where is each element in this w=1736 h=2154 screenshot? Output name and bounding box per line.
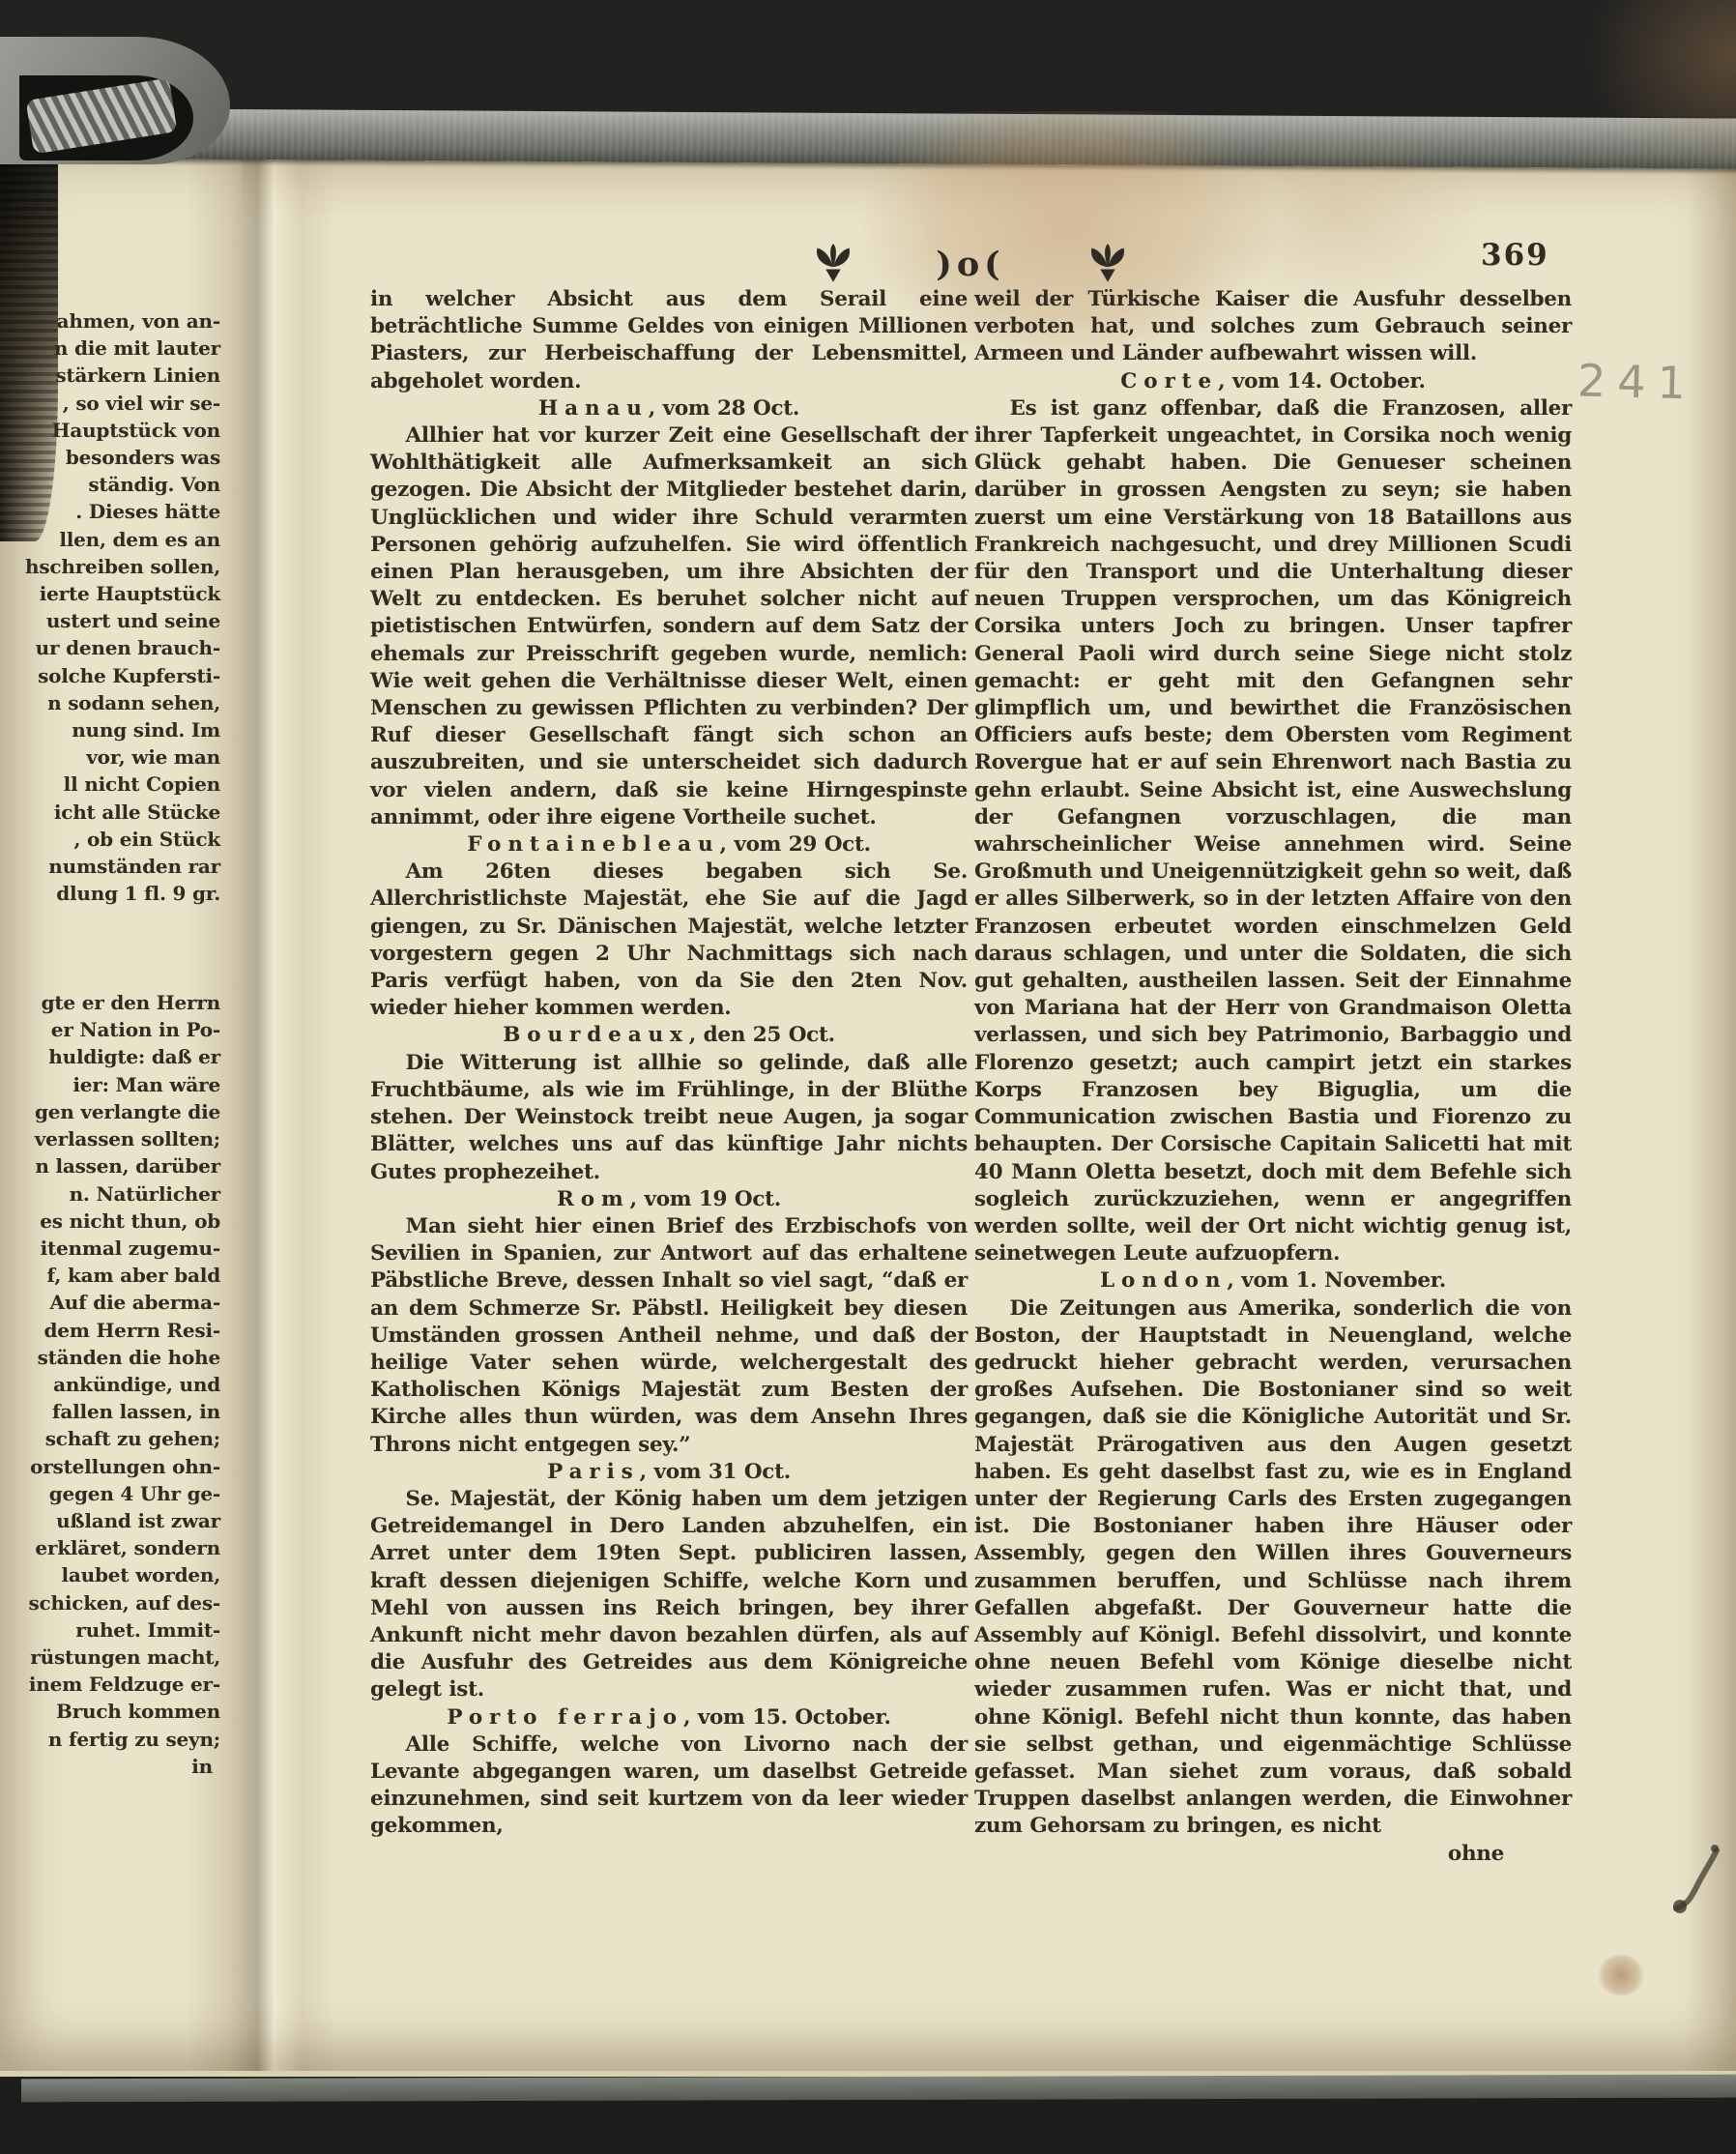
paragraph: Die Zeitungen aus Amerika, sonderlich di… bbox=[974, 1295, 1572, 1841]
fragment-line: gegen 4 Uhr ge- bbox=[0, 1480, 220, 1507]
dateline-date: , vom 19 Oct. bbox=[630, 1187, 781, 1211]
dateline-heading: Porto ferrajo, vom 15. October. bbox=[370, 1704, 968, 1732]
catchword: ohne bbox=[974, 1841, 1572, 1868]
text-column-right: weil der Türkische Kaiser die Ausfuhr de… bbox=[974, 286, 1572, 1868]
header-ornament-row: )o( bbox=[370, 238, 1571, 290]
fragment-line: gen verlangte die bbox=[0, 1098, 220, 1125]
fragment-line: Bruch kommen bbox=[0, 1698, 220, 1725]
fragment-line: numständen rar bbox=[0, 853, 220, 880]
fragment-line: stärkern Linien bbox=[0, 362, 220, 389]
fragment-line: Hauptstück von bbox=[0, 417, 220, 444]
paragraph: Am 26ten dieses begaben sich Se. Allerch… bbox=[370, 859, 968, 1022]
fragment-line: dem Herrn Resi- bbox=[0, 1317, 220, 1344]
paragraph: weil der Türkische Kaiser die Ausfuhr de… bbox=[974, 286, 1572, 368]
fragment-line: icht alle Stücke bbox=[0, 799, 220, 826]
dateline-place: Porto ferrajo bbox=[447, 1705, 683, 1730]
fragment-line: . Dieses hätte bbox=[0, 498, 220, 525]
fleuron-icon bbox=[812, 243, 854, 285]
dateline-date: , den 25 Oct. bbox=[689, 1023, 835, 1047]
fragment-line: vor, wie man bbox=[0, 743, 220, 771]
fragment-line: n fertig zu seyn; bbox=[0, 1726, 220, 1753]
fragment-line: llen, dem es an bbox=[0, 526, 220, 553]
fragment-line: ständen die hohe bbox=[0, 1344, 220, 1371]
dateline-heading: Rom, vom 19 Oct. bbox=[370, 1186, 968, 1213]
fragment-line: ußland ist zwar bbox=[0, 1507, 220, 1534]
dateline-heading: Hanau, vom 28 Oct. bbox=[370, 395, 968, 422]
fragment-line: ruhet. Immit- bbox=[0, 1616, 220, 1644]
ink-mark bbox=[1659, 1829, 1736, 1926]
fragment-line: gte er den Herrn bbox=[0, 989, 220, 1016]
fragment-line: inem Feldzuge er- bbox=[0, 1671, 220, 1698]
fragment-line bbox=[0, 907, 220, 934]
fragment-line: huldigte: daß er bbox=[0, 1043, 220, 1070]
dateline-heading: Bourdeaux, den 25 Oct. bbox=[370, 1022, 968, 1049]
paragraph: in welcher Absicht aus dem Serail eine b… bbox=[370, 286, 968, 395]
facing-page-catchword: in bbox=[0, 1753, 220, 1780]
dateline-heading: Paris, vom 31 Oct. bbox=[370, 1459, 968, 1486]
paragraph: Alle Schiffe, welche von Livorno nach de… bbox=[370, 1732, 968, 1841]
cloth-band-bottom bbox=[21, 2075, 1736, 2103]
fragment-line: ahmen, von an- bbox=[0, 307, 220, 335]
dateline-place: Hanau bbox=[538, 396, 649, 421]
fragment-line: erkläret, sondern bbox=[0, 1534, 220, 1561]
facing-page-text-fragments: ahmen, von an-n die mit lauterstärkern L… bbox=[0, 307, 220, 1780]
fleuron-icon bbox=[1086, 243, 1129, 285]
fragment-line: schaft zu gehen; bbox=[0, 1425, 220, 1452]
paragraph: Man sieht hier einen Brief des Erzbischo… bbox=[370, 1213, 968, 1459]
fragment-line: ll nicht Copien bbox=[0, 771, 220, 798]
fragment-line: hschreiben sollen, bbox=[0, 553, 220, 580]
fragment-line: ierte Hauptstück bbox=[0, 580, 220, 607]
dateline-date: , vom 29 Oct. bbox=[720, 832, 871, 857]
fragment-line: , so viel wir se- bbox=[0, 390, 220, 417]
fragment-line: nung sind. Im bbox=[0, 716, 220, 743]
dateline-place: London bbox=[1100, 1268, 1227, 1293]
fragment-line bbox=[0, 962, 220, 989]
fragment-line: laubet worden, bbox=[0, 1561, 220, 1588]
dateline-place: Bourdeaux bbox=[503, 1023, 688, 1047]
fragment-line: n. Natürlicher bbox=[0, 1180, 220, 1208]
fragment-line: es nicht thun, ob bbox=[0, 1208, 220, 1235]
fragment-line: n die mit lauter bbox=[0, 335, 220, 362]
cloth-band-top bbox=[68, 108, 1736, 169]
dateline-heading: Fontainebleau, vom 29 Oct. bbox=[370, 831, 968, 859]
page-right-edge-shadow bbox=[1683, 155, 1736, 2071]
pencil-annotation: 241 bbox=[1577, 354, 1697, 409]
fragment-line: , ob ein Stück bbox=[0, 826, 220, 853]
text-column-left: in welcher Absicht aus dem Serail eine b… bbox=[370, 286, 968, 1841]
fragment-line: ustert und seine bbox=[0, 607, 220, 634]
fragment-line: n sodann sehen, bbox=[0, 689, 220, 716]
dateline-date: , vom 28 Oct. bbox=[649, 396, 799, 421]
fragment-line: verlassen sollten; bbox=[0, 1125, 220, 1152]
fragment-line: dlung 1 fl. 9 gr. bbox=[0, 880, 220, 907]
fragment-line: schicken, auf des- bbox=[0, 1589, 220, 1616]
fragment-line: f, kam aber bald bbox=[0, 1262, 220, 1289]
fragment-line: rüstungen macht, bbox=[0, 1644, 220, 1671]
fragment-line: ständig. Von bbox=[0, 471, 220, 498]
dateline-heading: Corte, vom 14. October. bbox=[974, 368, 1572, 395]
fragment-line: ier: Man wäre bbox=[0, 1071, 220, 1098]
paragraph: Se. Majestät, der König haben um dem jet… bbox=[370, 1486, 968, 1704]
dateline-date: , vom 31 Oct. bbox=[640, 1460, 791, 1484]
paragraph: Es ist ganz offenbar, daß die Franzosen,… bbox=[974, 395, 1572, 1268]
fragment-line: ankündige, und bbox=[0, 1371, 220, 1398]
dateline-place: Paris bbox=[547, 1460, 640, 1484]
header-separator: )o( bbox=[936, 245, 1004, 284]
book-scan: )o( 369 241 ahmen, von an-n die mit laut… bbox=[0, 0, 1736, 2154]
fragment-line: fallen lassen, in bbox=[0, 1398, 220, 1425]
dateline-date: , vom 14. October. bbox=[1218, 369, 1426, 393]
dateline-date: , vom 1. November. bbox=[1227, 1268, 1446, 1293]
background-top bbox=[0, 0, 1736, 116]
dateline-place: Corte bbox=[1120, 369, 1218, 393]
fragment-line: orstellungen ohn- bbox=[0, 1453, 220, 1480]
dateline-place: Fontainebleau bbox=[467, 832, 719, 857]
fragment-line: n lassen, darüber bbox=[0, 1152, 220, 1179]
paragraph: Allhier hat vor kurzer Zeit eine Gesells… bbox=[370, 422, 968, 831]
fragment-line: Auf die aberma- bbox=[0, 1289, 220, 1316]
fragment-line bbox=[0, 935, 220, 962]
fragment-line: itenmal zugemu- bbox=[0, 1235, 220, 1262]
dateline-heading: London, vom 1. November. bbox=[974, 1267, 1572, 1295]
paragraph: Die Witterung ist allhie so gelinde, daß… bbox=[370, 1050, 968, 1186]
fragment-line: er Nation in Po- bbox=[0, 1016, 220, 1043]
fragment-line: ur denen brauch- bbox=[0, 634, 220, 661]
fragment-line: besonders was bbox=[0, 444, 220, 471]
fragment-line: solche Kupfersti- bbox=[0, 662, 220, 689]
dateline-place: Rom bbox=[557, 1187, 630, 1211]
dateline-date: , vom 15. October. bbox=[683, 1705, 891, 1730]
page-number: 369 bbox=[1481, 238, 1587, 273]
